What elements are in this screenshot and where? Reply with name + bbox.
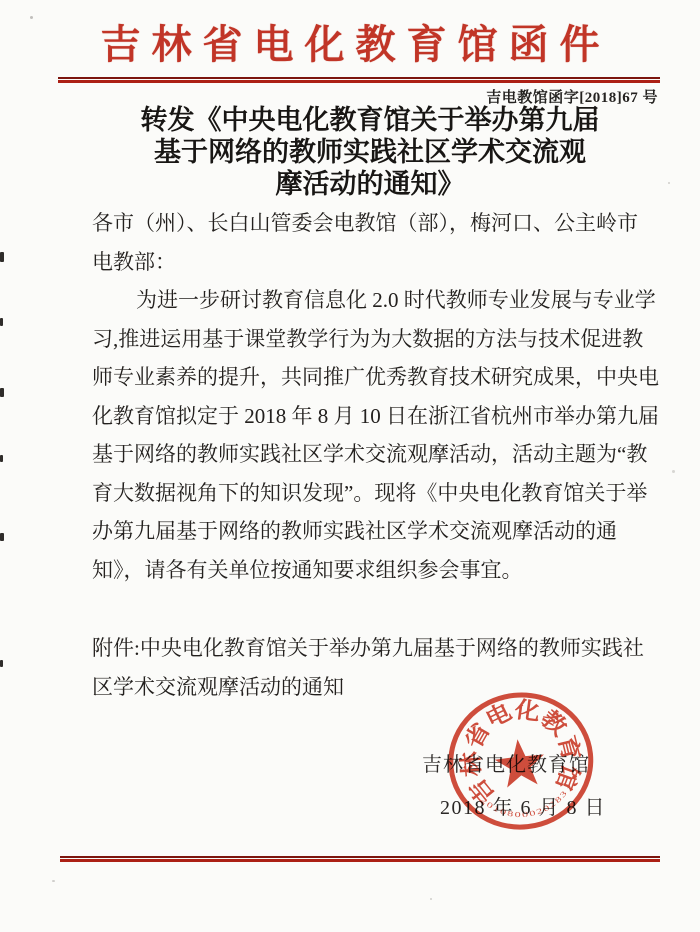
document-title: 转发《中央电化教育馆关于举办第九届 基于网络的教师实践社区学术交流观 摩活动的通…: [92, 104, 648, 200]
scan-speck: [672, 470, 675, 473]
salutation-line: 各市（州）、长白山管委会电教馆（部），梅河口、公主岭市: [92, 204, 652, 243]
letterhead-rule-thin-line: [58, 77, 660, 79]
footer-rule-thin-line: [60, 856, 660, 858]
paragraph-line: 办第九届基于网络的教师实践社区学术交流观摩活动的通: [92, 512, 652, 551]
letterhead-rule-thick-line: [58, 80, 660, 83]
scan-edge-artifact: [0, 533, 4, 541]
salutation-line: 电教部：: [92, 243, 652, 282]
scan-edge-artifact: [0, 660, 3, 667]
footer-rule: [60, 856, 660, 862]
document-title-line: 转发《中央电化教育馆关于举办第九届: [92, 104, 648, 136]
scan-edge-artifact: [0, 318, 3, 326]
scanned-official-letter: { "colors":{ "header_red":"#c13527", "ru…: [0, 0, 700, 932]
scan-edge-artifact: [0, 252, 4, 262]
scan-speck: [30, 16, 33, 19]
paragraph-line: 化教育馆拟定于 2018 年 8 月 10 日在浙江省杭州市举办第九届: [92, 397, 652, 436]
scan-edge-artifact: [0, 455, 3, 462]
paragraph-line: 师专业素养的提升，共同推广优秀教育技术研究成果，中央电: [92, 358, 652, 397]
attachment-line: 附件:中央电化教育馆关于举办第九届基于网络的教师实践社: [92, 629, 652, 668]
scan-speck: [430, 898, 432, 900]
document-title-line: 基于网络的教师实践社区学术交流观: [92, 136, 648, 168]
official-seal-stamp: 吉林省电化教育馆 2010800020283: [433, 680, 610, 846]
letterhead-title: 吉林省电化教育馆函件: [0, 13, 700, 70]
paragraph-line: 基于网络的教师实践社区学术交流观摩活动，活动主题为“教: [92, 435, 652, 474]
scan-speck: [52, 880, 55, 882]
body-text: 各市（州）、长白山管委会电教馆（部），梅河口、公主岭市 电教部： 为进一步研讨教…: [92, 204, 652, 589]
paragraph-line: 育大数据视角下的知识发现”。现将《中央电化教育馆关于举: [92, 474, 652, 513]
scan-speck: [120, 252, 122, 254]
scan-edge-artifact: [0, 388, 4, 397]
paragraph-line: 为进一步研讨教育信息化 2.0 时代教师专业发展与专业学: [92, 281, 652, 320]
footer-rule-thick-line: [60, 859, 660, 862]
paragraph-line: 习,推进运用基于课堂教学行为为大数据的方法与技术促进教: [92, 320, 652, 359]
seal-star-icon: [493, 737, 547, 789]
letterhead-rule: [58, 77, 660, 83]
scan-speck: [668, 182, 670, 184]
paragraph-line: 知》，请各有关单位按通知要求组织参会事宜。: [92, 551, 652, 590]
document-title-line: 摩活动的通知》: [92, 168, 648, 200]
